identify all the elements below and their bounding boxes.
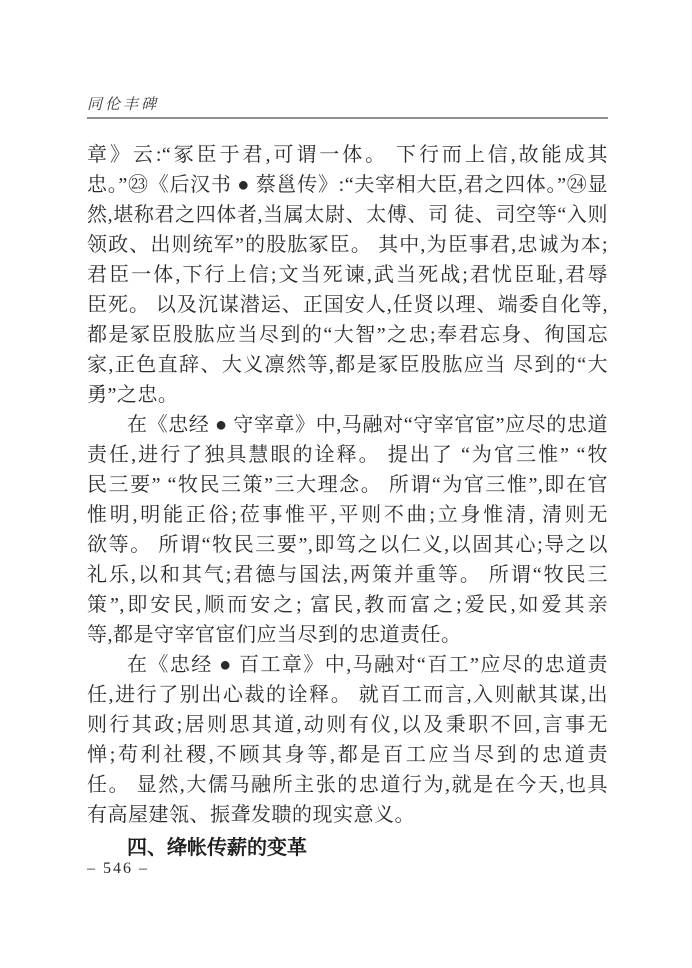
paragraph: 在《忠经 ● 守宰章》中,马融对“守宰官宦”应尽的忠道责任,进行了独具慧眼的诠释…: [87, 410, 608, 650]
text-line: 惮;苟利社稷,不顾其身等,都是百工应当尽到的忠道责: [87, 740, 608, 770]
text-line: 都是冢臣股肱应当尽到的“大智”之忠;奉君忘身、徇国忘: [87, 320, 608, 350]
section-heading: 四、绛帐传薪的变革: [87, 833, 608, 863]
paragraph: 章》云:“冢臣于君,可谓一体。 下行而上信,故能成其忠。”㉓《后汉书 ● 蔡邕传…: [87, 140, 608, 410]
text-line: 民三要” “牧民三策”三大理念。 所谓“为官三惟”,即在官: [87, 470, 608, 500]
text-line: 勇”之忠。: [87, 380, 608, 410]
paragraph: 在《忠经 ● 百工章》中,马融对“百工”应尽的忠道责任,进行了别出心裁的诠释。 …: [87, 650, 608, 830]
text-line: 领政、出则统军”的股肱冢臣。 其中,为臣事君,忠诚为本;: [87, 230, 608, 260]
text-line: 家,正色直辞、大义凛然等,都是冢臣股肱应当 尽到的“大: [87, 350, 608, 380]
text-line: 君臣一体,下行上信;文当死谏,武当死战;君忧臣耻,君辱: [87, 260, 608, 290]
text-line: 策”,即安民,顺而安之; 富民,教而富之;爱民,如爱其亲: [87, 590, 608, 620]
text-line: 然,堪称君之四体者,当属太尉、太傅、司 徒、司空等“入则: [87, 200, 608, 230]
text-line: 欲等。 所谓“牧民三要”,即笃之以仁义,以固其心;导之以: [87, 530, 608, 560]
book-page: 同伦丰碑 章》云:“冢臣于君,可谓一体。 下行而上信,故能成其忠。”㉓《后汉书 …: [0, 0, 692, 968]
body-text: 章》云:“冢臣于君,可谓一体。 下行而上信,故能成其忠。”㉓《后汉书 ● 蔡邕传…: [87, 140, 608, 863]
text-line: 章》云:“冢臣于君,可谓一体。 下行而上信,故能成其: [87, 140, 608, 170]
text-line: 忠。”㉓《后汉书 ● 蔡邕传》:“夫宰相大臣,君之四体。”㉔显: [87, 170, 608, 200]
text-line: 在《忠经 ● 百工章》中,马融对“百工”应尽的忠道责: [87, 650, 608, 680]
text-line: 则行其政;居则思其道,动则有仪,以及秉职不回,言事无: [87, 710, 608, 740]
text-line: 等,都是守宰官宦们应当尽到的忠道责任。: [87, 620, 608, 650]
text-line: 有高屋建瓴、振聋发聩的现实意义。: [87, 800, 608, 830]
text-line: 惟明,明能正俗;莅事惟平,平则不曲;立身惟清, 清则无: [87, 500, 608, 530]
text-line: 在《忠经 ● 守宰章》中,马融对“守宰官宦”应尽的忠道: [87, 410, 608, 440]
text-line: 礼乐,以和其气;君德与国法,两策并重等。 所谓“牧民三: [87, 560, 608, 590]
text-line: 臣死。 以及沉谋潜运、正国安人,任贤以理、端委自化等,: [87, 290, 608, 320]
header-rule-divider: [87, 117, 608, 119]
text-line: 责任,进行了独具慧眼的诠释。 提出了 “为官三惟” “牧: [87, 440, 608, 470]
running-head-title: 同伦丰碑: [87, 96, 608, 114]
text-line: 任。 显然,大儒马融所主张的忠道行为,就是在今天,也具: [87, 770, 608, 800]
text-line: 任,进行了别出心裁的诠释。 就百工而言,入则献其谋,出: [87, 680, 608, 710]
page-number: – 546 –: [87, 859, 149, 879]
